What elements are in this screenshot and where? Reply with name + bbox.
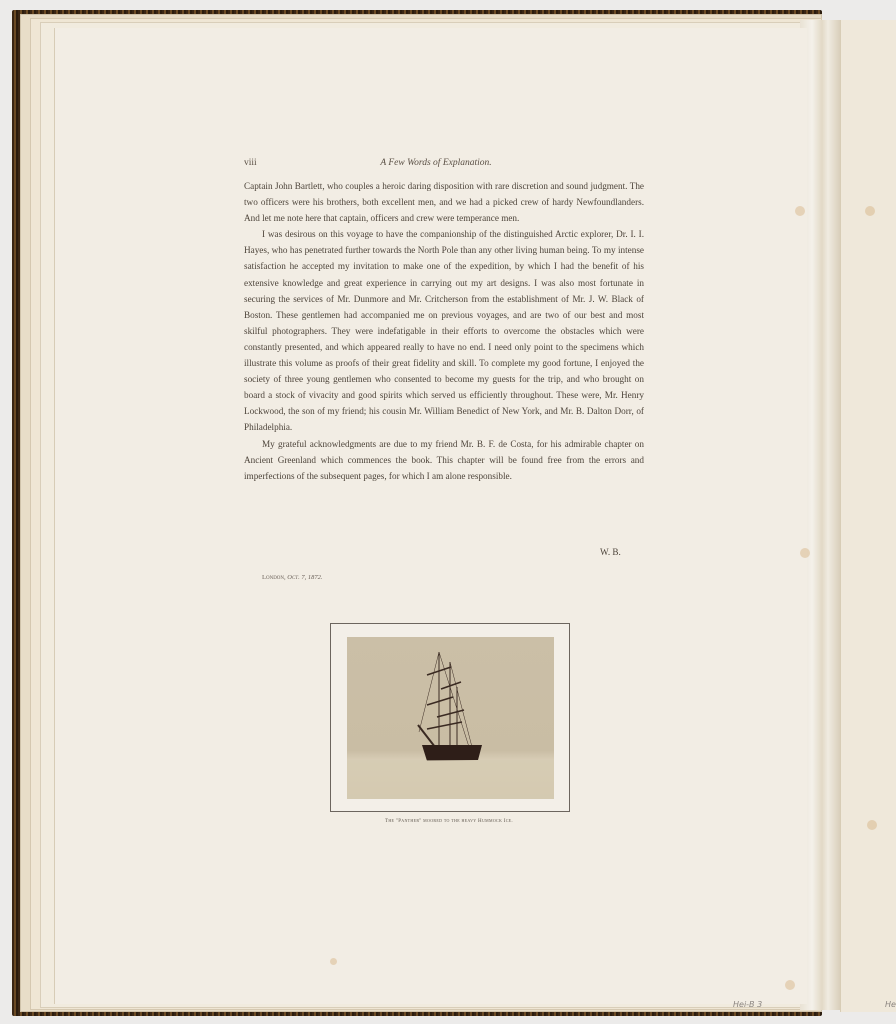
dateline-date: Oct. 7, 1872. [287, 574, 322, 581]
foxing-spot [865, 206, 875, 216]
ship-photograph [347, 637, 554, 799]
facing-page [840, 20, 896, 1012]
book-page [54, 28, 807, 1004]
running-header: viii A Few Words of Explanation. [244, 158, 628, 172]
paragraph: I was desirous on this voyage to have th… [244, 226, 644, 435]
foxing-spot [800, 548, 810, 558]
manuscript-note: Hei-B 3 [733, 1000, 762, 1009]
paragraph: Captain John Bartlett, who couples a her… [244, 178, 644, 226]
plate-caption: The "Panther" moored to the heavy Hummoc… [330, 818, 568, 824]
dateline: London, Oct. 7, 1872. [262, 574, 322, 581]
body-text: Captain John Bartlett, who couples a her… [244, 178, 644, 484]
running-title: A Few Words of Explanation. [244, 158, 628, 168]
ship-icon [347, 637, 554, 799]
paragraph: My grateful acknowledgments are due to m… [244, 436, 644, 484]
foxing-spot [867, 820, 877, 830]
foxing-spot [785, 980, 795, 990]
foxing-spot [795, 206, 805, 216]
foxing-spot [330, 958, 337, 965]
photo-plate [330, 623, 570, 812]
signature: W. B. [600, 547, 621, 557]
manuscript-note: He [885, 1000, 896, 1009]
dateline-place: London, [262, 574, 286, 581]
